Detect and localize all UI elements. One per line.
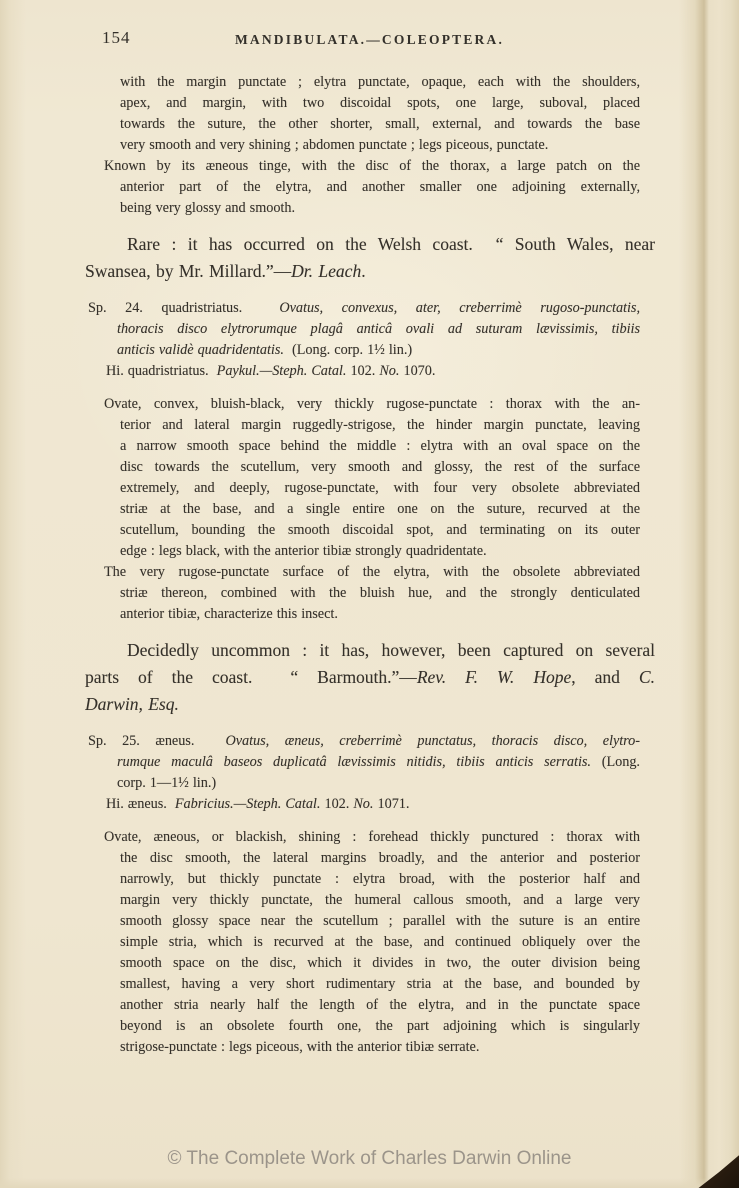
text-line: smooth space on the disc, which it divid… xyxy=(104,953,640,974)
roman-text: Decidedly uncommon : it has, however, be… xyxy=(127,640,655,660)
roman-text: parts of the coast. “ Barmouth.”— xyxy=(85,667,417,687)
text-line: disc towards the scutellum, very smooth … xyxy=(104,457,640,478)
paragraph-hanging: The very rugose-punctate surface of the … xyxy=(104,562,640,625)
italic-text: Paykul.—Steph. Catal. xyxy=(217,363,347,379)
text-line: Ovate, æneous, or blackish, shining : fo… xyxy=(104,827,640,848)
italic-text: Fabricius.—Steph. Catal. xyxy=(175,796,321,812)
paragraph-species: Sp. 24. quadristriatus. Ovatus, convexus… xyxy=(88,298,640,382)
text-line: narrowly, but thickly punctate : elytra … xyxy=(104,869,640,890)
italic-text: thoracis disco elytrorumque plagâ anticâ… xyxy=(117,321,640,337)
text-line: The very rugose-punctate surface of the … xyxy=(104,562,640,583)
text-line: towards the suture, the other shorter, s… xyxy=(104,114,640,135)
roman-text: anterior part of the elytra, and another… xyxy=(120,179,640,195)
roman-text: the disc smooth, the lateral margins bro… xyxy=(120,850,640,866)
text-line: striæ at the base, and a single entire o… xyxy=(104,499,640,520)
italic-text: C. xyxy=(639,667,655,687)
roman-text: edge : legs black, with the anterior tib… xyxy=(120,543,487,559)
text-line: Darwin, Esq. xyxy=(85,691,655,718)
page-left-edge-shading xyxy=(0,0,26,1188)
paragraph-species: Sp. 25. æneus. Ovatus, æneus, creberrimè… xyxy=(88,731,640,815)
roman-text: another stria nearly half the length of … xyxy=(120,997,640,1013)
roman-text: smooth space on the disc, which it divid… xyxy=(120,955,640,971)
text-line: Hi. quadristriatus. Paykul.—Steph. Catal… xyxy=(88,361,640,382)
text-line: a narrow smooth space behind the middle … xyxy=(104,436,640,457)
italic-text: No. xyxy=(353,796,373,812)
paragraph-large: Decidedly uncommon : it has, however, be… xyxy=(85,637,655,718)
roman-text: (Long. xyxy=(591,754,640,770)
text-line: being very glossy and smooth. xyxy=(104,198,640,219)
paragraph-hanging: Ovate, convex, bluish-black, very thickl… xyxy=(104,394,640,562)
text-line: very smooth and very shining ; abdomen p… xyxy=(104,135,640,156)
roman-text: smallest, having a very short rudimentar… xyxy=(120,976,640,992)
roman-text: Sp. 25. æneus. xyxy=(88,733,225,749)
watermark-text: © The Complete Work of Charles Darwin On… xyxy=(0,1148,739,1170)
text-line: corp. 1—1½ lin.) xyxy=(88,773,640,794)
roman-text: scutellum, bounding the smooth discoidal… xyxy=(120,522,640,538)
roman-text: margin very thickly punctate, the humera… xyxy=(120,892,640,908)
text-line: strigose-punctate : legs piceous, with t… xyxy=(104,1037,640,1058)
roman-text: 102. xyxy=(320,796,353,812)
roman-text: (Long. corp. 1½ lin.) xyxy=(284,342,412,358)
italic-text: Ovatus, æneus, creberrimè punctatus, tho… xyxy=(225,733,640,749)
roman-text: narrowly, but thickly punctate : elytra … xyxy=(120,871,640,887)
paragraph-hanging: Known by its æneous tinge, with the disc… xyxy=(104,156,640,219)
page-bottom-edge-shading xyxy=(0,1178,739,1188)
text-line: smallest, having a very short rudimentar… xyxy=(104,974,640,995)
roman-text: very smooth and very shining ; abdomen p… xyxy=(120,137,548,153)
text-line: Decidedly uncommon : it has, however, be… xyxy=(85,637,655,664)
text-line: apex, and margin, with two discoidal spo… xyxy=(104,93,640,114)
text-line: Rare : it has occurred on the Welsh coas… xyxy=(85,231,655,258)
roman-text: . xyxy=(361,261,365,281)
paragraph-opening: with the margin punctate ; elytra puncta… xyxy=(104,72,640,156)
text-line: with the margin punctate ; elytra puncta… xyxy=(104,72,640,93)
scanned-book-page: 154 MANDIBULATA.—COLEOPTERA. with the ma… xyxy=(0,0,739,1188)
roman-text: Rare : it has occurred on the Welsh coas… xyxy=(127,234,655,254)
text-line: Ovate, convex, bluish-black, very thickl… xyxy=(104,394,640,415)
text-line: margin very thickly punctate, the humera… xyxy=(104,890,640,911)
roman-text: corp. 1—1½ lin.) xyxy=(117,775,216,791)
text-line: anterior tibiæ, characterize this insect… xyxy=(104,604,640,625)
roman-text: 1071. xyxy=(373,796,409,812)
roman-text: 102. xyxy=(346,363,379,379)
roman-text: with the margin punctate ; elytra puncta… xyxy=(120,74,640,90)
text-line: parts of the coast. “ Barmouth.”—Rev. F.… xyxy=(85,664,655,691)
text-line: scutellum, bounding the smooth discoidal… xyxy=(104,520,640,541)
roman-text: The very rugose-punctate surface of the … xyxy=(104,564,640,580)
paragraph-hanging: Ovate, æneous, or blackish, shining : fo… xyxy=(104,827,640,1058)
text-line: Swansea, by Mr. Millard.”—Dr. Leach. xyxy=(85,258,655,285)
roman-text: being very glossy and smooth. xyxy=(120,200,295,216)
text-line: smooth glossy space near the scutellum ;… xyxy=(104,911,640,932)
roman-text: Sp. 24. quadristriatus. xyxy=(88,300,279,316)
roman-text: Ovate, convex, bluish-black, very thickl… xyxy=(104,396,640,412)
roman-text: beyond is an obsolete fourth one, the pa… xyxy=(120,1018,640,1034)
italic-text: No. xyxy=(379,363,399,379)
italic-text: Rev. F. W. Hope xyxy=(417,667,571,687)
page-right-edge-crease xyxy=(679,0,739,1188)
text-line: extremely, and deeply, rugose-punctate, … xyxy=(104,478,640,499)
italic-text: Darwin, Esq. xyxy=(85,694,179,714)
roman-text: 1070. xyxy=(399,363,435,379)
text-line: Known by its æneous tinge, with the disc… xyxy=(104,156,640,177)
roman-text: Known by its æneous tinge, with the disc… xyxy=(104,158,640,174)
roman-text: Hi. quadristriatus. xyxy=(106,363,217,379)
roman-text: apex, and margin, with two discoidal spo… xyxy=(120,95,640,111)
text-line: anterior part of the elytra, and another… xyxy=(104,177,640,198)
roman-text: anterior tibiæ, characterize this insect… xyxy=(120,606,338,622)
roman-text: Ovate, æneous, or blackish, shining : fo… xyxy=(104,829,640,845)
text-line: another stria nearly half the length of … xyxy=(104,995,640,1016)
roman-text: terior and lateral margin ruggedly-strig… xyxy=(120,417,640,433)
roman-text: disc towards the scutellum, very smooth … xyxy=(120,459,640,475)
text-line: anticis validè quadridentatis. (Long. co… xyxy=(88,340,640,361)
text-line: edge : legs black, with the anterior tib… xyxy=(104,541,640,562)
text-line: terior and lateral margin ruggedly-strig… xyxy=(104,415,640,436)
page-body: with the margin punctate ; elytra puncta… xyxy=(85,72,655,1058)
italic-text: anticis validè quadridentatis. xyxy=(117,342,284,358)
text-line: rumque maculâ baseos duplicatâ lævissimi… xyxy=(88,752,640,773)
text-line: Hi. æneus. Fabricius.—Steph. Catal. 102.… xyxy=(88,794,640,815)
text-line: simple stria, which is recurved at the b… xyxy=(104,932,640,953)
text-line: beyond is an obsolete fourth one, the pa… xyxy=(104,1016,640,1037)
italic-text: rumque maculâ baseos duplicatâ lævissimi… xyxy=(117,754,591,770)
running-head: MANDIBULATA.—COLEOPTERA. xyxy=(0,32,739,48)
roman-text: a narrow smooth space behind the middle … xyxy=(120,438,640,454)
roman-text: striæ at the base, and a single entire o… xyxy=(120,501,640,517)
text-line: the disc smooth, the lateral margins bro… xyxy=(104,848,640,869)
italic-text: Dr. Leach xyxy=(291,261,361,281)
roman-text: , and xyxy=(571,667,639,687)
text-line: striæ thereon, combined with the bluish … xyxy=(104,583,640,604)
roman-text: strigose-punctate : legs piceous, with t… xyxy=(120,1039,479,1055)
roman-text: Hi. æneus. xyxy=(106,796,175,812)
roman-text: striæ thereon, combined with the bluish … xyxy=(120,585,640,601)
roman-text: towards the suture, the other shorter, s… xyxy=(120,116,640,132)
roman-text: Swansea, by Mr. Millard.”— xyxy=(85,261,291,281)
paragraph-large: Rare : it has occurred on the Welsh coas… xyxy=(85,231,655,285)
text-line: Sp. 24. quadristriatus. Ovatus, convexus… xyxy=(88,298,640,319)
roman-text: smooth glossy space near the scutellum ;… xyxy=(120,913,640,929)
roman-text: extremely, and deeply, rugose-punctate, … xyxy=(120,480,640,496)
text-line: thoracis disco elytrorumque plagâ anticâ… xyxy=(88,319,640,340)
text-line: Sp. 25. æneus. Ovatus, æneus, creberrimè… xyxy=(88,731,640,752)
roman-text: simple stria, which is recurved at the b… xyxy=(120,934,640,950)
italic-text: Ovatus, convexus, ater, creberrimè rugos… xyxy=(279,300,640,316)
